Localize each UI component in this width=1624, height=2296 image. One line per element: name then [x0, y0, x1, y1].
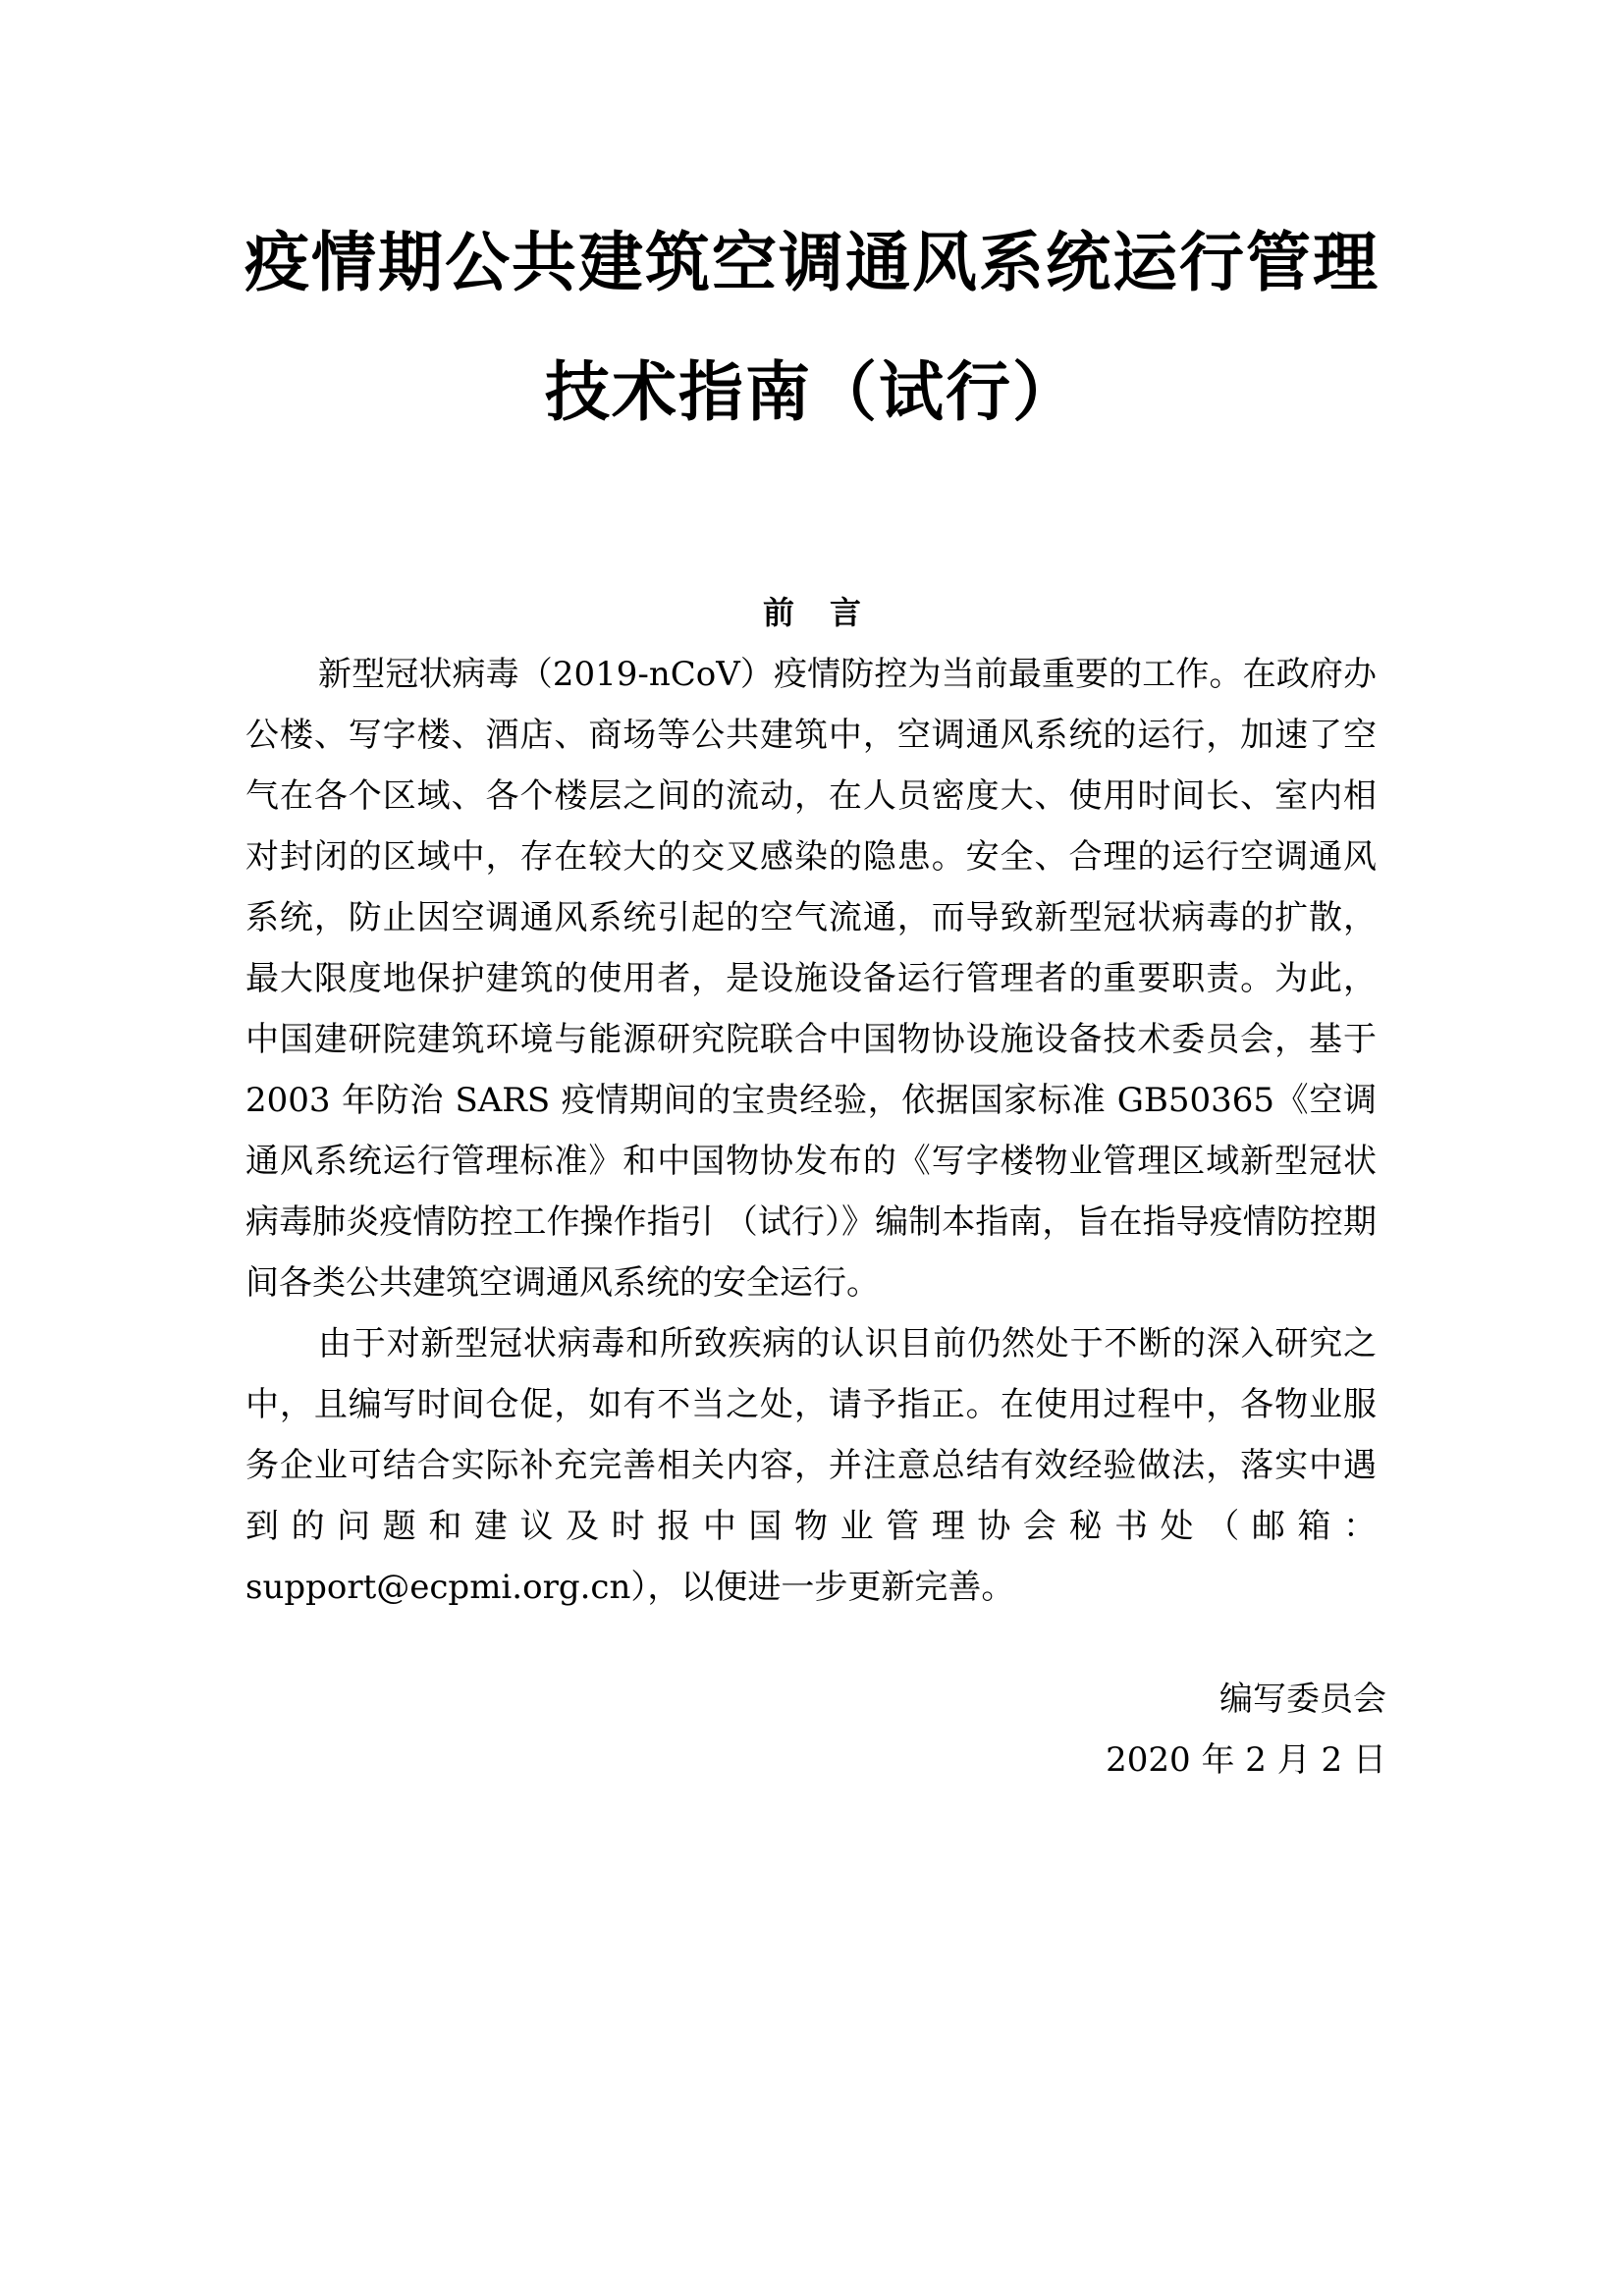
preface-paragraph: 由于对新型冠状病毒和所致疾病的认识目前仍然处于不断的深入研究之中，且编写时间仓促…: [245, 1313, 1377, 1618]
section-heading-preface: 前言: [0, 589, 1624, 636]
signature-organization: 编写委员会: [1219, 1675, 1386, 1724]
preface-paragraph: 新型冠状病毒（2019-nCoV）疫情防控为当前最重要的工作。在政府办公楼、写字…: [245, 644, 1377, 1313]
document-title-line-2: 技术指南（试行）: [0, 353, 1624, 432]
document-page: 疫情期公共建筑空调通风系统运行管理 技术指南（试行） 前言 新型冠状病毒（201…: [0, 0, 1624, 2296]
preface-paragraph-1-block: 新型冠状病毒（2019-nCoV）疫情防控为当前最重要的工作。在政府办公楼、写字…: [245, 644, 1377, 1313]
document-title-line-1: 疫情期公共建筑空调通风系统运行管理: [0, 224, 1624, 302]
preface-paragraph-2-block: 由于对新型冠状病毒和所致疾病的认识目前仍然处于不断的深入研究之中，且编写时间仓促…: [245, 1313, 1377, 1618]
signature-date: 2020 年 2 月 2 日: [1106, 1735, 1386, 1785]
